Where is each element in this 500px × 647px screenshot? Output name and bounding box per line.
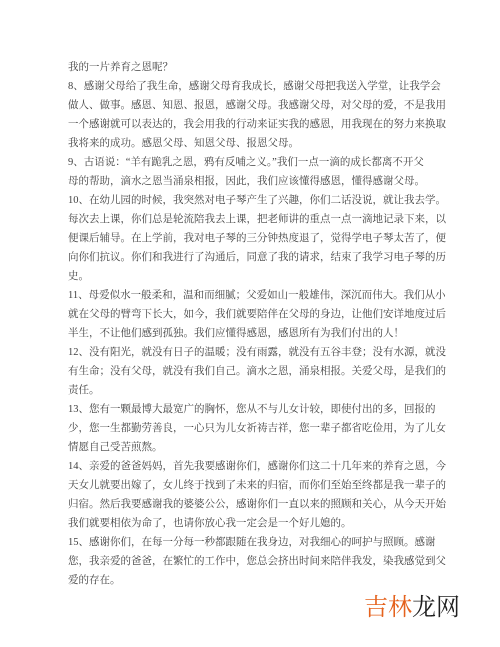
text-line: 我们就要相依为命了，也请你放心我一定会是一个好儿媳的。 [68, 514, 438, 533]
text-line: 少，您一生都勤劳善良，一心只为儿女祈祷吉祥，您一辈子都省吃俭用，为了儿女 [68, 419, 438, 438]
document-page: 我的一片养育之恩呢？ 8、感谢父母给了我生命，感谢父母育我成长，感谢父母把我送入… [0, 0, 500, 647]
text-line: 情愿自己受苦煎熬。 [68, 438, 438, 457]
text-line: 我将来的成功。感恩父母、知恩父母、报恩父母。 [68, 134, 438, 153]
text-line: 13、您有一颗最博大最宽广的胸怀，您从不与儿女计较，即使付出的多，回报的 [68, 400, 438, 419]
text-line: 向你们抗议。你们和我进行了沟通后，同意了我的请求，结束了我学习电子琴的历 [68, 248, 438, 267]
text-line: 8、感谢父母给了我生命，感谢父母育我成长，感谢父母把我送入学堂，让我学会 [68, 77, 438, 96]
text-block: 我的一片养育之恩呢？ 8、感谢父母给了我生命，感谢父母育我成长，感谢父母把我送入… [68, 58, 438, 590]
text-line: 一个感谢就可以表达的，我会用我的行动来证实我的感恩，用我现在的努力来换取 [68, 115, 438, 134]
text-line: 做人、做事。感恩、知恩、报恩，感谢父母。我感谢父母，对父母的爱，不是我用 [68, 96, 438, 115]
text-line: 史。 [68, 267, 438, 286]
text-line: 母的帮助，滴水之恩当涌泉相报，因此，我们应该懂得感恩，懂得感谢父母。 [68, 172, 438, 191]
text-line: 便课后辅导。在上学前，我对电子琴的三分钟热度退了，觉得学电子琴太苦了，便 [68, 229, 438, 248]
text-line: 11、母爱似水一般柔和，温和而细腻；父爱如山一般雄伟，深沉而伟大。我们从小 [68, 286, 438, 305]
text-line: 归宿。然后我要感谢我的婆婆公公，感谢你们一直以来的照顾和关心，从今天开始 [68, 495, 438, 514]
text-line: 责任。 [68, 381, 438, 400]
watermark: 吉林龙网 [364, 593, 460, 623]
text-line: 15、感谢你们，在每一分每一秒都跟随在我身边，对我细心的呵护与照顾。感谢 [68, 533, 438, 552]
text-line: 每次去上课，你们总是轮流陪我去上课，把老师讲的重点一点一滴地记录下来，以 [68, 210, 438, 229]
text-line: 您，我亲爱的爸爸，在繁忙的工作中，您总会挤出时间来陪伴我发，染我感觉到父 [68, 552, 438, 571]
text-line: 天女儿就要出嫁了，女儿终于找到了未来的归宿，而你们至始至终都是我一辈子的 [68, 476, 438, 495]
text-line: 14、亲爱的爸爸妈妈，首先我要感谢你们，感谢你们这二十几年来的养育之恩，今 [68, 457, 438, 476]
text-line: 12、没有阳光，就没有日子的温暖；没有雨露，就没有五谷丰登；没有水源，就没 [68, 343, 438, 362]
text-line: 10、在幼儿园的时候，我突然对电子琴产生了兴趣，你们二话没说，就让我去学。 [68, 191, 438, 210]
text-line: 爱的存在。 [68, 571, 438, 590]
text-line: 就在父母的臂弯下长大，如今，我们就要陪伴在父母的身边，让他们安详地度过后 [68, 305, 438, 324]
text-line: 半生，不让他们感到孤独。我们应懂得感恩，感恩所有为我们付出的人！ [68, 324, 438, 343]
watermark-text-orange: 吉林 [364, 594, 412, 621]
text-line: 9、古语说：“羊有跪乳之恩，鸦有反哺之义。”我们一点一滴的成长都离不开父 [68, 153, 438, 172]
text-line: 我的一片养育之恩呢？ [68, 58, 438, 77]
watermark-text-black: 龙网 [412, 594, 460, 621]
text-line: 有生命；没有父母，就没有我们自己。滴水之恩，涌泉相报。关爱父母，是我们的 [68, 362, 438, 381]
